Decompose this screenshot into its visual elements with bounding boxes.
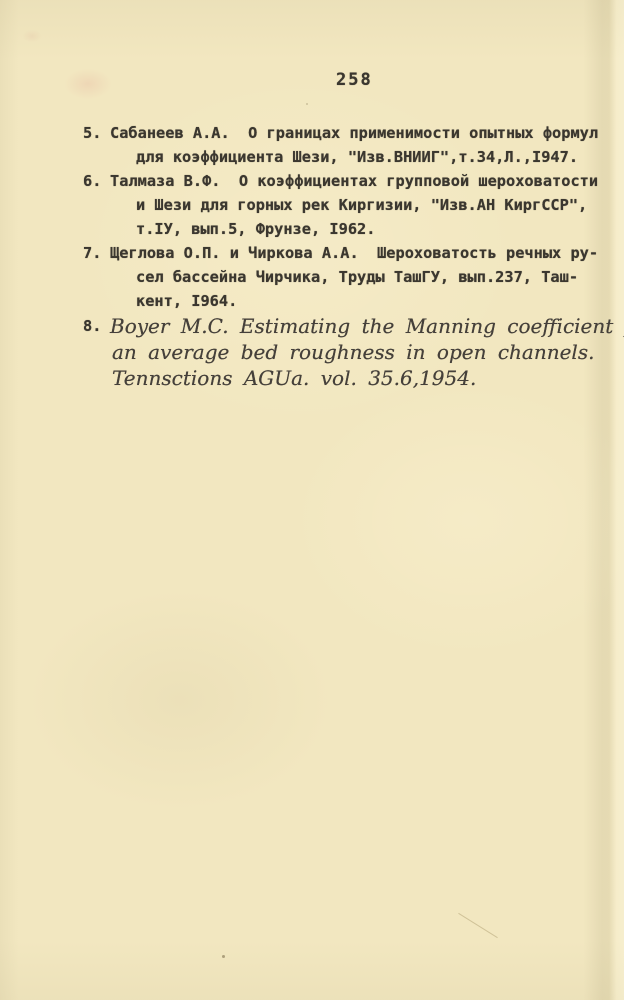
- reference-entry-5: 5. Сабанеев А.А. О границах применимости…: [83, 121, 608, 169]
- page-number: 258: [336, 70, 373, 90]
- reference-line: сел бассейна Чирчика, Труды ТашГУ, вып.2…: [110, 265, 608, 289]
- reference-text: Boyer M.C. Estimating the Manning coeffi…: [110, 313, 608, 391]
- reference-entry-7: 7. Щеглова О.П. и Чиркова А.А. Шероховат…: [83, 241, 608, 313]
- reference-line: кент, I964.: [110, 289, 608, 313]
- reference-number: 6.: [83, 169, 110, 241]
- reference-line: т.IУ, вып.5, Фрунзе, I962.: [110, 217, 608, 241]
- reference-text: Сабанеев А.А. О границах применимости оп…: [110, 121, 608, 169]
- paper-speck: [222, 955, 225, 958]
- reference-line: Boyer M.C. Estimating the Manning coeffi…: [110, 313, 608, 339]
- reference-list: 5. Сабанеев А.А. О границах применимости…: [83, 121, 608, 391]
- reference-number: 5.: [83, 121, 110, 169]
- reference-number: 7.: [83, 241, 110, 313]
- paper-speck: [306, 103, 308, 105]
- reference-line: и Шези для горных рек Киргизии, "Изв.АН …: [110, 193, 608, 217]
- reference-line: Талмаза В.Ф. О коэффициентах групповой ш…: [110, 169, 608, 193]
- reference-entry-6: 6. Талмаза В.Ф. О коэффициентах группово…: [83, 169, 608, 241]
- paper-scratch: [458, 913, 498, 938]
- reference-line: Сабанеев А.А. О границах применимости оп…: [110, 121, 608, 145]
- reference-text: Талмаза В.Ф. О коэффициентах групповой ш…: [110, 169, 608, 241]
- scanned-book-page: 258 5. Сабанеев А.А. О границах применим…: [0, 0, 624, 1000]
- reference-line: для коэффициента Шези, "Изв.ВНИИГ",т.34,…: [110, 145, 608, 169]
- reference-text: Щеглова О.П. и Чиркова А.А. Шероховатост…: [110, 241, 608, 313]
- reference-number: 8.: [83, 313, 110, 391]
- reference-entry-8-handwritten: 8. Boyer M.C. Estimating the Manning coe…: [83, 313, 608, 391]
- reference-line: Tennsctions AGUa. vol. 35.6,1954.: [110, 365, 608, 391]
- reference-line: an average bed roughness in open channel…: [110, 339, 608, 365]
- reference-line: Щеглова О.П. и Чиркова А.А. Шероховатост…: [110, 241, 608, 265]
